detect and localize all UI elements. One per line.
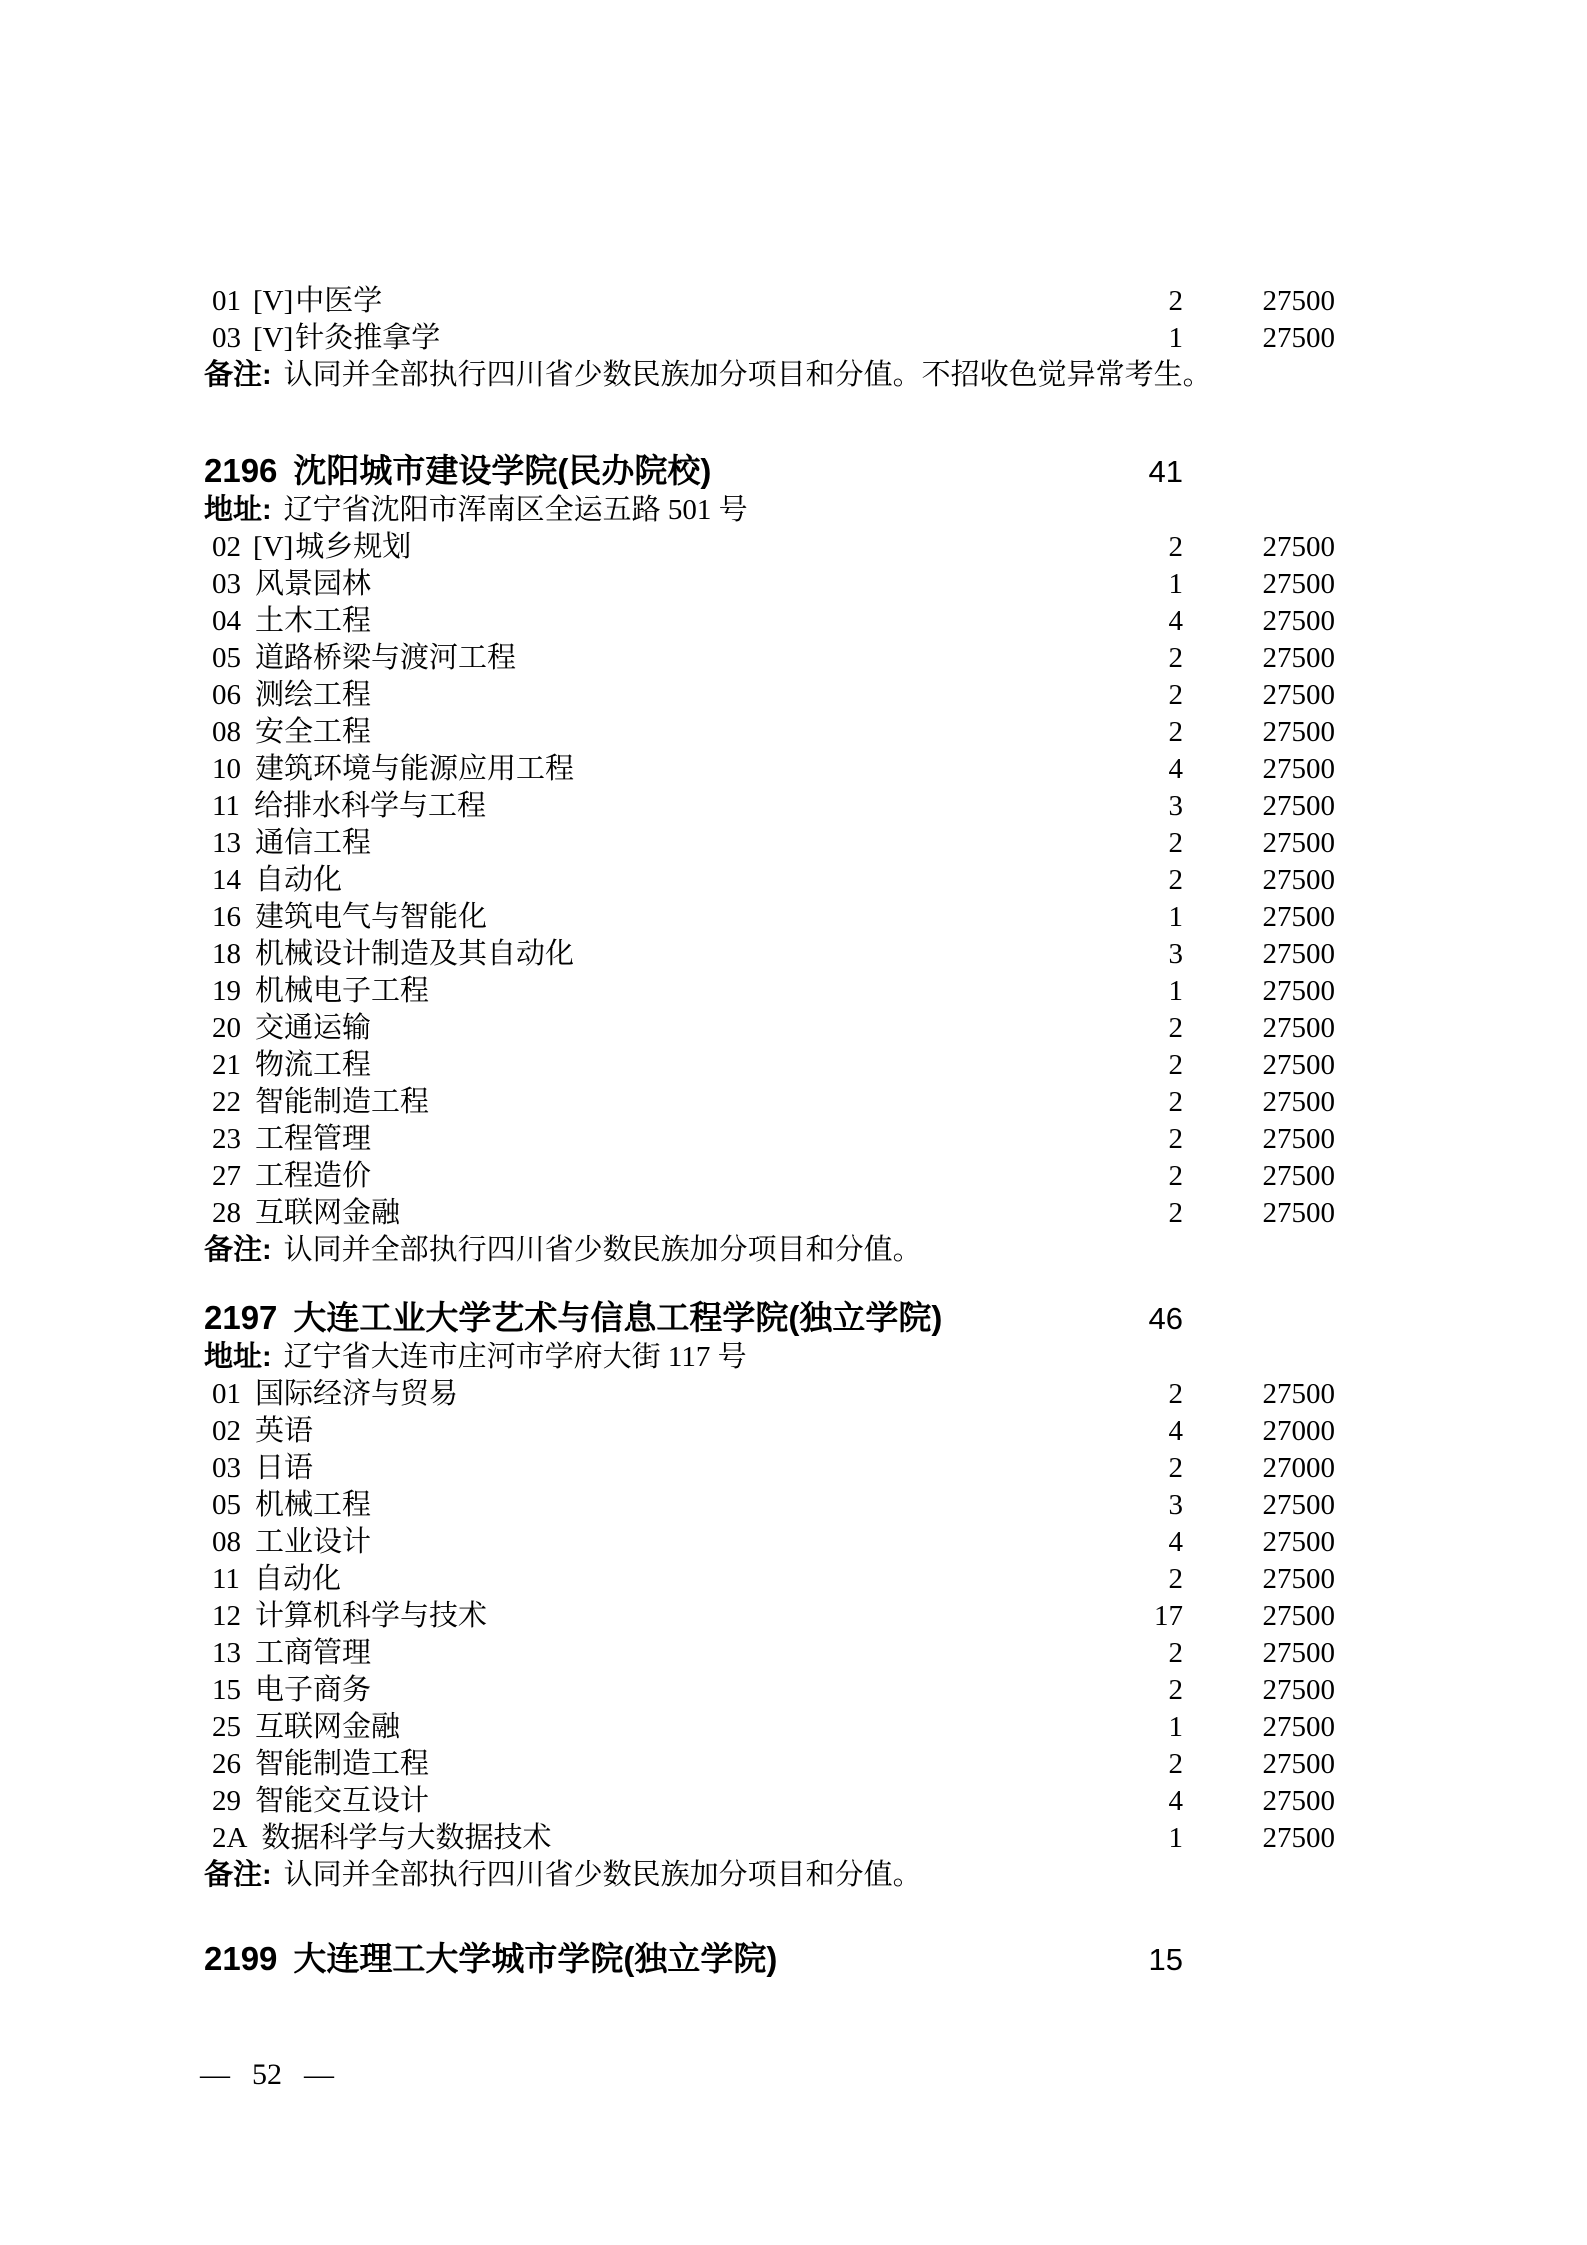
major-row: 02[V]城乡规划 2 27500 [204, 529, 1335, 566]
major-tuition-fee: 27500 [1183, 825, 1335, 862]
major-v-marker: [V] [253, 322, 293, 354]
major-plan-count: 2 [1113, 1376, 1183, 1413]
major-row: 05机械工程 3 27500 [204, 1487, 1335, 1524]
major-code: 03 [212, 320, 241, 357]
major-name: 工程管理 [255, 1123, 371, 1155]
major-row: 01国际经济与贸易 2 27500 [204, 1376, 1335, 1413]
address-text: 辽宁省沈阳市浑南区全运五路 501 号 [284, 494, 748, 526]
major-row: 01[V]中医学 2 27500 [204, 283, 1335, 320]
major-row: 18机械设计制造及其自动化 3 27500 [204, 936, 1335, 973]
major-plan-count: 2 [1113, 1121, 1183, 1158]
major-code: 01 [212, 1376, 241, 1413]
school-total-plan: 41 [1149, 451, 1183, 493]
major-tuition-fee: 27500 [1183, 1746, 1335, 1783]
major-plan-count: 1 [1113, 320, 1183, 357]
major-tuition-fee: 27500 [1183, 1121, 1335, 1158]
note-text: 认同并全部执行四川省少数民族加分项目和分值。 [284, 1234, 922, 1266]
address-line: 地址:辽宁省大连市庄河市学府大街 117 号 [204, 1339, 1335, 1376]
note-label: 备注: [204, 1234, 272, 1266]
major-plan-count: 2 [1113, 1561, 1183, 1598]
major-name: 道路桥梁与渡河工程 [255, 642, 516, 674]
major-code: 23 [212, 1121, 241, 1158]
major-code: 13 [212, 1635, 241, 1672]
major-tuition-fee: 27500 [1183, 1010, 1335, 1047]
major-tuition-fee: 27500 [1183, 1709, 1335, 1746]
major-name: 风景园林 [255, 568, 371, 600]
major-tuition-fee: 27500 [1183, 1672, 1335, 1709]
major-plan-count: 2 [1113, 1047, 1183, 1084]
major-code: 2A [212, 1820, 247, 1857]
major-name: 建筑环境与能源应用工程 [255, 753, 574, 785]
major-row: 25互联网金融 1 27500 [204, 1709, 1335, 1746]
major-name: 针灸推拿学 [295, 322, 440, 354]
major-code: 29 [212, 1783, 241, 1820]
note-line: 备注:认同并全部执行四川省少数民族加分项目和分值。 [204, 1857, 1335, 1894]
footer-dash-left: — [200, 2058, 230, 2092]
major-tuition-fee: 27500 [1183, 1084, 1335, 1121]
major-plan-count: 2 [1113, 1084, 1183, 1121]
major-code: 10 [212, 751, 241, 788]
major-rows: 02[V]城乡规划 2 27500 03风景园林 1 27500 04土木工程 … [204, 529, 1335, 1232]
major-code: 05 [212, 640, 241, 677]
major-plan-count: 2 [1113, 1010, 1183, 1047]
school-header: 2196 沈阳城市建设学院(民办院校) 41 [204, 450, 1335, 492]
major-row: 03风景园林 1 27500 [204, 566, 1335, 603]
section-school-2199: 2199 大连理工大学城市学院(独立学院) 15 [204, 1938, 1335, 1980]
section-school-2197: 2197 大连工业大学艺术与信息工程学院(独立学院) 46 地址:辽宁省大连市庄… [204, 1297, 1335, 1894]
major-row: 03日语 2 27000 [204, 1450, 1335, 1487]
major-name: 机械工程 [255, 1489, 371, 1521]
school-total-plan: 15 [1149, 1939, 1183, 1981]
major-plan-count: 2 [1113, 1746, 1183, 1783]
major-name: 城乡规划 [295, 531, 411, 563]
major-code: 22 [212, 1084, 241, 1121]
major-v-marker: [V] [253, 531, 293, 563]
section-school-2196: 2196 沈阳城市建设学院(民办院校) 41 地址:辽宁省沈阳市浑南区全运五路 … [204, 450, 1335, 1269]
major-name: 电子商务 [255, 1674, 371, 1706]
major-tuition-fee: 27500 [1183, 1047, 1335, 1084]
school-code: 2197 [204, 1297, 277, 1339]
major-code: 01 [212, 283, 241, 320]
major-plan-count: 2 [1113, 1195, 1183, 1232]
major-tuition-fee: 27500 [1183, 788, 1335, 825]
major-plan-count: 1 [1113, 973, 1183, 1010]
major-tuition-fee: 27500 [1183, 1783, 1335, 1820]
major-v-marker: [V] [253, 285, 293, 317]
major-code: 15 [212, 1672, 241, 1709]
school-code: 2196 [204, 450, 277, 492]
major-tuition-fee: 27500 [1183, 320, 1335, 357]
major-plan-count: 2 [1113, 714, 1183, 751]
major-row: 14自动化 2 27500 [204, 862, 1335, 899]
major-code: 11 [212, 1561, 240, 1598]
major-code: 20 [212, 1010, 241, 1047]
major-row: 19机械电子工程 1 27500 [204, 973, 1335, 1010]
major-plan-count: 1 [1113, 566, 1183, 603]
major-code: 06 [212, 677, 241, 714]
major-plan-count: 2 [1113, 640, 1183, 677]
school-total-plan: 46 [1149, 1298, 1183, 1340]
major-row: 28互联网金融 2 27500 [204, 1195, 1335, 1232]
major-code: 27 [212, 1158, 241, 1195]
major-row: 05道路桥梁与渡河工程 2 27500 [204, 640, 1335, 677]
major-row: 02英语 4 27000 [204, 1413, 1335, 1450]
major-plan-count: 17 [1113, 1598, 1183, 1635]
major-plan-count: 2 [1113, 862, 1183, 899]
major-tuition-fee: 27500 [1183, 751, 1335, 788]
major-tuition-fee: 27500 [1183, 1524, 1335, 1561]
major-plan-count: 2 [1113, 529, 1183, 566]
major-name: 工程造价 [255, 1160, 371, 1192]
major-plan-count: 2 [1113, 825, 1183, 862]
major-name: 自动化 [255, 864, 342, 896]
major-name: 互联网金融 [255, 1197, 400, 1229]
major-row: 20交通运输 2 27500 [204, 1010, 1335, 1047]
major-code: 08 [212, 1524, 241, 1561]
major-code: 02 [212, 529, 241, 566]
note-label: 备注: [204, 359, 272, 391]
major-plan-count: 2 [1113, 1672, 1183, 1709]
address-text: 辽宁省大连市庄河市学府大街 117 号 [284, 1341, 747, 1373]
school-header: 2199 大连理工大学城市学院(独立学院) 15 [204, 1938, 1335, 1980]
major-code: 13 [212, 825, 241, 862]
school-header: 2197 大连工业大学艺术与信息工程学院(独立学院) 46 [204, 1297, 1335, 1339]
major-code: 11 [212, 788, 240, 825]
note-label: 备注: [204, 1859, 272, 1891]
major-name: 机械设计制造及其自动化 [255, 938, 574, 970]
major-code: 25 [212, 1709, 241, 1746]
major-code: 28 [212, 1195, 241, 1232]
major-name: 智能制造工程 [255, 1086, 429, 1118]
major-name: 交通运输 [255, 1012, 371, 1044]
section-continuation: 01[V]中医学 2 27500 03[V]针灸推拿学 1 27500 备注:认… [204, 283, 1335, 394]
major-name: 土木工程 [255, 605, 371, 637]
major-plan-count: 3 [1113, 788, 1183, 825]
school-name: 大连理工大学城市学院(独立学院) [293, 1938, 777, 1980]
major-row: 10建筑环境与能源应用工程 4 27500 [204, 751, 1335, 788]
major-name: 国际经济与贸易 [255, 1378, 458, 1410]
major-row: 27工程造价 2 27500 [204, 1158, 1335, 1195]
major-plan-count: 3 [1113, 936, 1183, 973]
major-name: 测绘工程 [255, 679, 371, 711]
major-row: 13通信工程 2 27500 [204, 825, 1335, 862]
major-plan-count: 1 [1113, 1709, 1183, 1746]
major-row: 08工业设计 4 27500 [204, 1524, 1335, 1561]
major-row: 22智能制造工程 2 27500 [204, 1084, 1335, 1121]
major-row: 08安全工程 2 27500 [204, 714, 1335, 751]
major-row: 12计算机科学与技术 17 27500 [204, 1598, 1335, 1635]
major-code: 08 [212, 714, 241, 751]
major-row: 11给排水科学与工程 3 27500 [204, 788, 1335, 825]
major-row: 29智能交互设计 4 27500 [204, 1783, 1335, 1820]
major-tuition-fee: 27500 [1183, 1195, 1335, 1232]
major-tuition-fee: 27500 [1183, 1598, 1335, 1635]
major-plan-count: 1 [1113, 899, 1183, 936]
major-name: 智能制造工程 [255, 1748, 429, 1780]
major-row: 15电子商务 2 27500 [204, 1672, 1335, 1709]
major-plan-count: 2 [1113, 1158, 1183, 1195]
major-row: 16建筑电气与智能化 1 27500 [204, 899, 1335, 936]
document-page: 01[V]中医学 2 27500 03[V]针灸推拿学 1 27500 备注:认… [0, 0, 1587, 2245]
address-line: 地址:辽宁省沈阳市浑南区全运五路 501 号 [204, 492, 1335, 529]
major-code: 14 [212, 862, 241, 899]
major-tuition-fee: 27500 [1183, 862, 1335, 899]
major-tuition-fee: 27500 [1183, 640, 1335, 677]
major-name: 互联网金融 [255, 1711, 400, 1743]
major-name: 英语 [255, 1415, 313, 1447]
school-name: 沈阳城市建设学院(民办院校) [293, 450, 711, 492]
major-row: 23工程管理 2 27500 [204, 1121, 1335, 1158]
major-row: 03[V]针灸推拿学 1 27500 [204, 320, 1335, 357]
major-code: 26 [212, 1746, 241, 1783]
major-tuition-fee: 27500 [1183, 1820, 1335, 1857]
major-tuition-fee: 27500 [1183, 973, 1335, 1010]
major-rows: 01国际经济与贸易 2 27500 02英语 4 27000 03日语 2 27… [204, 1376, 1335, 1857]
major-plan-count: 2 [1113, 677, 1183, 714]
major-tuition-fee: 27500 [1183, 283, 1335, 320]
major-tuition-fee: 27500 [1183, 1635, 1335, 1672]
major-tuition-fee: 27500 [1183, 603, 1335, 640]
major-tuition-fee: 27500 [1183, 1561, 1335, 1598]
major-tuition-fee: 27000 [1183, 1413, 1335, 1450]
major-name: 工业设计 [255, 1526, 371, 1558]
major-name: 安全工程 [255, 716, 371, 748]
major-code: 18 [212, 936, 241, 973]
major-tuition-fee: 27000 [1183, 1450, 1335, 1487]
major-name: 数据科学与大数据技术 [261, 1822, 551, 1854]
major-code: 16 [212, 899, 241, 936]
major-row: 06测绘工程 2 27500 [204, 677, 1335, 714]
page-footer: — 52 — [200, 2058, 334, 2092]
major-row: 26智能制造工程 2 27500 [204, 1746, 1335, 1783]
major-code: 04 [212, 603, 241, 640]
major-row: 13工商管理 2 27500 [204, 1635, 1335, 1672]
major-name: 建筑电气与智能化 [255, 901, 487, 933]
major-code: 05 [212, 1487, 241, 1524]
major-name: 自动化 [254, 1563, 341, 1595]
major-plan-count: 4 [1113, 751, 1183, 788]
major-code: 12 [212, 1598, 241, 1635]
note-line: 备注:认同并全部执行四川省少数民族加分项目和分值。 [204, 1232, 1335, 1269]
major-name: 给排水科学与工程 [254, 790, 486, 822]
major-tuition-fee: 27500 [1183, 899, 1335, 936]
major-name: 日语 [255, 1452, 313, 1484]
major-name: 工商管理 [255, 1637, 371, 1669]
school-code: 2199 [204, 1938, 277, 1980]
major-code: 03 [212, 566, 241, 603]
major-code: 02 [212, 1413, 241, 1450]
major-name: 计算机科学与技术 [255, 1600, 487, 1632]
note-line: 备注:认同并全部执行四川省少数民族加分项目和分值。不招收色觉异常考生。 [204, 357, 1335, 394]
school-name: 大连工业大学艺术与信息工程学院(独立学院) [293, 1297, 942, 1339]
major-name: 物流工程 [255, 1049, 371, 1081]
major-tuition-fee: 27500 [1183, 936, 1335, 973]
footer-dash-right: — [304, 2058, 334, 2092]
major-code: 19 [212, 973, 241, 1010]
major-tuition-fee: 27500 [1183, 677, 1335, 714]
major-tuition-fee: 27500 [1183, 1158, 1335, 1195]
major-plan-count: 4 [1113, 1413, 1183, 1450]
major-tuition-fee: 27500 [1183, 566, 1335, 603]
address-label: 地址: [204, 494, 272, 526]
major-name: 通信工程 [255, 827, 371, 859]
major-code: 03 [212, 1450, 241, 1487]
major-plan-count: 2 [1113, 283, 1183, 320]
note-text: 认同并全部执行四川省少数民族加分项目和分值。 [284, 1859, 922, 1891]
major-plan-count: 2 [1113, 1635, 1183, 1672]
major-row: 21物流工程 2 27500 [204, 1047, 1335, 1084]
major-row: 04土木工程 4 27500 [204, 603, 1335, 640]
major-name: 中医学 [295, 285, 382, 317]
major-plan-count: 4 [1113, 1524, 1183, 1561]
major-plan-count: 1 [1113, 1820, 1183, 1857]
major-code: 21 [212, 1047, 241, 1084]
major-tuition-fee: 27500 [1183, 529, 1335, 566]
major-tuition-fee: 27500 [1183, 714, 1335, 751]
major-tuition-fee: 27500 [1183, 1487, 1335, 1524]
page-number: 52 [252, 2058, 282, 2092]
address-label: 地址: [204, 1341, 272, 1373]
major-plan-count: 3 [1113, 1487, 1183, 1524]
major-name: 智能交互设计 [255, 1785, 429, 1817]
major-plan-count: 4 [1113, 1783, 1183, 1820]
major-tuition-fee: 27500 [1183, 1376, 1335, 1413]
major-plan-count: 2 [1113, 1450, 1183, 1487]
note-text: 认同并全部执行四川省少数民族加分项目和分值。不招收色觉异常考生。 [284, 359, 1212, 391]
major-plan-count: 4 [1113, 603, 1183, 640]
major-name: 机械电子工程 [255, 975, 429, 1007]
major-row: 2A数据科学与大数据技术 1 27500 [204, 1820, 1335, 1857]
major-rows: 01[V]中医学 2 27500 03[V]针灸推拿学 1 27500 [204, 283, 1335, 357]
major-row: 11自动化 2 27500 [204, 1561, 1335, 1598]
